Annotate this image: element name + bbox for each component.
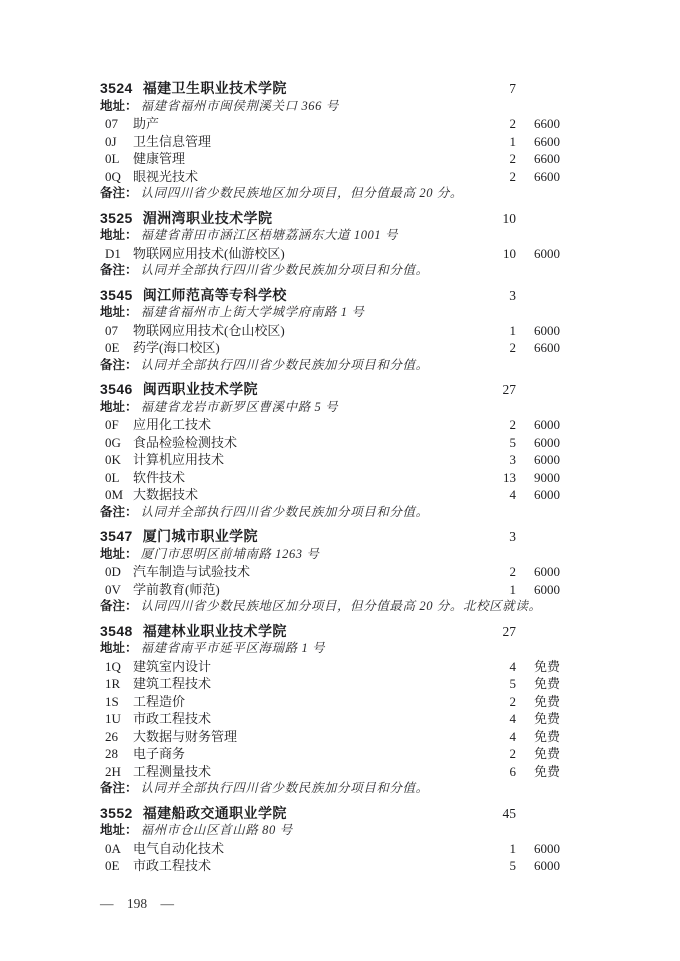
major-code: 07: [105, 322, 127, 340]
majors: D1 物联网应用技术(仙游校区) 10 6000: [100, 245, 560, 263]
school-block: 3546 闽西职业技术学院 27 地址： 福建省龙岩市新罗区曹溪中路 5 号 0…: [100, 381, 560, 521]
major-fee: 6000: [516, 857, 560, 875]
major-name: 物联网应用技术(仓山校区): [127, 322, 476, 340]
major-count: 4: [476, 658, 516, 676]
address-text: 福建省南平市延平区海瑞路 1 号: [141, 640, 326, 658]
major-name: 眼视光技术: [127, 168, 476, 186]
major-row: 07 物联网应用技术(仓山校区) 1 6000: [100, 322, 560, 340]
major-row: 1R 建筑工程技术 5 免费: [100, 675, 560, 693]
remark-label: 备注：: [100, 780, 138, 798]
remark-row: 备注： 认同并全部执行四川省少数民族加分项目和分值。: [100, 262, 560, 280]
major-code: 0L: [105, 150, 127, 168]
major-code: 1S: [105, 693, 127, 711]
major-row: 0V 学前教育(师范) 1 6000: [100, 581, 560, 599]
school-code: 3525: [100, 210, 133, 228]
major-row: 0E 市政工程技术 5 6000: [100, 857, 560, 875]
school-total-count: 27: [476, 623, 516, 641]
school-total-count: 10: [476, 210, 516, 228]
remark-row: 备注： 认同四川省少数民族地区加分项目，但分值最高 20 分。北校区就读。: [100, 598, 560, 616]
major-row: 1S 工程造价 2 免费: [100, 693, 560, 711]
major-code: 0V: [105, 581, 127, 599]
major-count: 4: [476, 486, 516, 504]
major-fee: 免费: [516, 710, 560, 728]
major-fee: 免费: [516, 658, 560, 676]
address-text: 福州市仓山区首山路 80 号: [141, 822, 293, 840]
major-count: 13: [476, 469, 516, 487]
school-header-row: 3548 福建林业职业技术学院 27: [100, 623, 560, 641]
major-fee: 6000: [516, 322, 560, 340]
major-row: 1U 市政工程技术 4 免费: [100, 710, 560, 728]
major-count: 2: [476, 693, 516, 711]
remark-text: 认同并全部执行四川省少数民族加分项目和分值。: [141, 357, 429, 375]
school-code: 3524: [100, 80, 133, 98]
major-row: 0D 汽车制造与试验技术 2 6000: [100, 563, 560, 581]
major-code: 0A: [105, 840, 127, 858]
remark-text: 认同并全部执行四川省少数民族加分项目和分值。: [141, 780, 429, 798]
major-code: 0J: [105, 133, 127, 151]
major-count: 1: [476, 581, 516, 599]
major-fee: 免费: [516, 693, 560, 711]
major-code: 0Q: [105, 168, 127, 186]
address-row: 地址： 福建省福州市上街大学城学府南路 1 号: [100, 304, 560, 322]
majors: 07 助产 2 6600 0J 卫生信息管理 1 6600 0L 健康管理 2 …: [100, 115, 560, 185]
major-count: 2: [476, 416, 516, 434]
remark-label: 备注：: [100, 504, 138, 522]
address-row: 地址： 厦门市思明区前埔南路 1263 号: [100, 546, 560, 564]
major-fee: 免费: [516, 763, 560, 781]
major-name: 物联网应用技术(仙游校区): [127, 245, 476, 263]
school-code: 3545: [100, 287, 133, 305]
major-fee: 6600: [516, 339, 560, 357]
major-row: D1 物联网应用技术(仙游校区) 10 6000: [100, 245, 560, 263]
major-name: 学前教育(师范): [127, 581, 476, 599]
major-count: 2: [476, 339, 516, 357]
school-total-count: 27: [476, 381, 516, 399]
address-row: 地址： 福建省南平市延平区海瑞路 1 号: [100, 640, 560, 658]
major-count: 4: [476, 710, 516, 728]
major-count: 1: [476, 133, 516, 151]
major-code: 26: [105, 728, 127, 746]
school-header-row: 3547 厦门城市职业学院 3: [100, 528, 560, 546]
schools-list: 3524 福建卫生职业技术学院 7 地址： 福建省福州市闽侯荆溪关口 366 号…: [100, 80, 560, 882]
remark-label: 备注：: [100, 357, 138, 375]
major-name: 软件技术: [127, 469, 476, 487]
major-name: 应用化工技术: [127, 416, 476, 434]
address-row: 地址： 福建省龙岩市新罗区曹溪中路 5 号: [100, 399, 560, 417]
major-fee: 9000: [516, 469, 560, 487]
address-label: 地址：: [100, 98, 138, 116]
major-code: 28: [105, 745, 127, 763]
major-code: D1: [105, 245, 127, 263]
major-fee: 6000: [516, 581, 560, 599]
address-label: 地址：: [100, 304, 138, 322]
major-row: 2H 工程测量技术 6 免费: [100, 763, 560, 781]
major-count: 4: [476, 728, 516, 746]
remark-text: 认同并全部执行四川省少数民族加分项目和分值。: [141, 262, 429, 280]
major-fee: 6000: [516, 245, 560, 263]
school-header-row: 3545 闽江师范高等专科学校 3: [100, 287, 560, 305]
major-count: 1: [476, 322, 516, 340]
major-fee: 6000: [516, 840, 560, 858]
major-row: 0F 应用化工技术 2 6000: [100, 416, 560, 434]
major-count: 2: [476, 745, 516, 763]
school-block: 3552 福建船政交通职业学院 45 地址： 福州市仓山区首山路 80 号 0A…: [100, 805, 560, 875]
major-code: 0E: [105, 857, 127, 875]
remark-row: 备注： 认同并全部执行四川省少数民族加分项目和分值。: [100, 357, 560, 375]
major-fee: 6600: [516, 133, 560, 151]
major-count: 2: [476, 563, 516, 581]
remark-text: 认同四川省少数民族地区加分项目，但分值最高 20 分。: [141, 185, 463, 203]
major-row: 07 助产 2 6600: [100, 115, 560, 133]
major-code: 1Q: [105, 658, 127, 676]
major-count: 6: [476, 763, 516, 781]
major-code: 0G: [105, 434, 127, 452]
remark-text: 认同四川省少数民族地区加分项目，但分值最高 20 分。北校区就读。: [141, 598, 542, 616]
address-label: 地址：: [100, 640, 138, 658]
major-fee: 6000: [516, 416, 560, 434]
address-text: 福建省龙岩市新罗区曹溪中路 5 号: [141, 399, 339, 417]
major-code: 0K: [105, 451, 127, 469]
major-fee: 免费: [516, 745, 560, 763]
major-name: 卫生信息管理: [127, 133, 476, 151]
major-name: 食品检验检测技术: [127, 434, 476, 452]
major-row: 0G 食品检验检测技术 5 6000: [100, 434, 560, 452]
major-count: 2: [476, 115, 516, 133]
school-block: 3524 福建卫生职业技术学院 7 地址： 福建省福州市闽侯荆溪关口 366 号…: [100, 80, 560, 203]
major-code: 0D: [105, 563, 127, 581]
major-name: 工程测量技术: [127, 763, 476, 781]
major-row: 0Q 眼视光技术 2 6600: [100, 168, 560, 186]
major-row: 1Q 建筑室内设计 4 免费: [100, 658, 560, 676]
major-row: 0J 卫生信息管理 1 6600: [100, 133, 560, 151]
majors: 0D 汽车制造与试验技术 2 6000 0V 学前教育(师范) 1 6000: [100, 563, 560, 598]
major-fee: 6600: [516, 150, 560, 168]
remark-text: 认同并全部执行四川省少数民族加分项目和分值。: [141, 504, 429, 522]
school-name: 厦门城市职业学院: [143, 528, 476, 546]
major-fee: 6000: [516, 434, 560, 452]
majors: 0A 电气自动化技术 1 6000 0E 市政工程技术 5 6000: [100, 840, 560, 875]
major-name: 电子商务: [127, 745, 476, 763]
major-name: 大数据技术: [127, 486, 476, 504]
major-fee: 6000: [516, 451, 560, 469]
major-code: 0M: [105, 486, 127, 504]
address-row: 地址： 福建省莆田市涵江区梧塘荔涵东大道 1001 号: [100, 227, 560, 245]
page-number: — 198 —: [100, 896, 174, 912]
address-text: 福建省福州市闽侯荆溪关口 366 号: [141, 98, 339, 116]
address-label: 地址：: [100, 399, 138, 417]
school-name: 福建林业职业技术学院: [143, 623, 476, 641]
school-header-row: 3546 闽西职业技术学院 27: [100, 381, 560, 399]
school-total-count: 3: [476, 528, 516, 546]
major-count: 5: [476, 857, 516, 875]
address-row: 地址： 福建省福州市闽侯荆溪关口 366 号: [100, 98, 560, 116]
school-total-count: 45: [476, 805, 516, 823]
major-name: 大数据与财务管理: [127, 728, 476, 746]
school-header-row: 3524 福建卫生职业技术学院 7: [100, 80, 560, 98]
school-name: 闽江师范高等专科学校: [143, 287, 476, 305]
major-name: 市政工程技术: [127, 710, 476, 728]
remark-label: 备注：: [100, 185, 138, 203]
school-header-row: 3525 湄洲湾职业技术学院 10: [100, 210, 560, 228]
majors: 0F 应用化工技术 2 6000 0G 食品检验检测技术 5 6000 0K 计…: [100, 416, 560, 504]
address-label: 地址：: [100, 227, 138, 245]
major-count: 5: [476, 434, 516, 452]
school-block: 3547 厦门城市职业学院 3 地址： 厦门市思明区前埔南路 1263 号 0D…: [100, 528, 560, 616]
major-name: 助产: [127, 115, 476, 133]
document-page: { "labels": { "address": "地址：", "remark"…: [0, 0, 680, 961]
major-fee: 6000: [516, 563, 560, 581]
school-header-row: 3552 福建船政交通职业学院 45: [100, 805, 560, 823]
remark-row: 备注： 认同四川省少数民族地区加分项目，但分值最高 20 分。: [100, 185, 560, 203]
remark-label: 备注：: [100, 262, 138, 280]
major-row: 0M 大数据技术 4 6000: [100, 486, 560, 504]
major-name: 建筑室内设计: [127, 658, 476, 676]
remark-row: 备注： 认同并全部执行四川省少数民族加分项目和分值。: [100, 780, 560, 798]
address-label: 地址：: [100, 546, 138, 564]
major-code: 07: [105, 115, 127, 133]
major-count: 5: [476, 675, 516, 693]
school-total-count: 7: [476, 80, 516, 98]
school-name: 福建船政交通职业学院: [143, 805, 476, 823]
major-code: 1R: [105, 675, 127, 693]
school-block: 3548 福建林业职业技术学院 27 地址： 福建省南平市延平区海瑞路 1 号 …: [100, 623, 560, 798]
remark-row: 备注： 认同并全部执行四川省少数民族加分项目和分值。: [100, 504, 560, 522]
major-fee: 免费: [516, 675, 560, 693]
major-row: 0E 药学(海口校区) 2 6600: [100, 339, 560, 357]
major-code: 1U: [105, 710, 127, 728]
major-count: 2: [476, 150, 516, 168]
address-text: 厦门市思明区前埔南路 1263 号: [141, 546, 320, 564]
major-name: 计算机应用技术: [127, 451, 476, 469]
major-row: 0L 健康管理 2 6600: [100, 150, 560, 168]
major-name: 工程造价: [127, 693, 476, 711]
major-fee: 6600: [516, 115, 560, 133]
major-code: 0E: [105, 339, 127, 357]
major-fee: 6000: [516, 486, 560, 504]
school-total-count: 3: [476, 287, 516, 305]
address-row: 地址： 福州市仓山区首山路 80 号: [100, 822, 560, 840]
major-name: 汽车制造与试验技术: [127, 563, 476, 581]
major-count: 1: [476, 840, 516, 858]
school-name: 湄洲湾职业技术学院: [143, 210, 476, 228]
major-count: 2: [476, 168, 516, 186]
school-code: 3546: [100, 381, 133, 399]
major-name: 健康管理: [127, 150, 476, 168]
school-code: 3552: [100, 805, 133, 823]
major-name: 电气自动化技术: [127, 840, 476, 858]
school-block: 3545 闽江师范高等专科学校 3 地址： 福建省福州市上街大学城学府南路 1 …: [100, 287, 560, 375]
school-name: 福建卫生职业技术学院: [143, 80, 476, 98]
major-row: 0K 计算机应用技术 3 6000: [100, 451, 560, 469]
major-row: 0A 电气自动化技术 1 6000: [100, 840, 560, 858]
major-code: 0F: [105, 416, 127, 434]
school-block: 3525 湄洲湾职业技术学院 10 地址： 福建省莆田市涵江区梧塘荔涵东大道 1…: [100, 210, 560, 280]
major-fee: 6600: [516, 168, 560, 186]
major-row: 0L 软件技术 13 9000: [100, 469, 560, 487]
major-code: 2H: [105, 763, 127, 781]
school-code: 3547: [100, 528, 133, 546]
address-label: 地址：: [100, 822, 138, 840]
address-text: 福建省福州市上街大学城学府南路 1 号: [141, 304, 365, 322]
major-fee: 免费: [516, 728, 560, 746]
major-row: 28 电子商务 2 免费: [100, 745, 560, 763]
major-name: 市政工程技术: [127, 857, 476, 875]
remark-label: 备注：: [100, 598, 138, 616]
address-text: 福建省莆田市涵江区梧塘荔涵东大道 1001 号: [141, 227, 399, 245]
major-name: 药学(海口校区): [127, 339, 476, 357]
school-code: 3548: [100, 623, 133, 641]
major-row: 26 大数据与财务管理 4 免费: [100, 728, 560, 746]
major-count: 3: [476, 451, 516, 469]
major-name: 建筑工程技术: [127, 675, 476, 693]
major-code: 0L: [105, 469, 127, 487]
school-name: 闽西职业技术学院: [143, 381, 476, 399]
majors: 1Q 建筑室内设计 4 免费 1R 建筑工程技术 5 免费 1S 工程造价 2 …: [100, 658, 560, 781]
majors: 07 物联网应用技术(仓山校区) 1 6000 0E 药学(海口校区) 2 66…: [100, 322, 560, 357]
major-count: 10: [476, 245, 516, 263]
